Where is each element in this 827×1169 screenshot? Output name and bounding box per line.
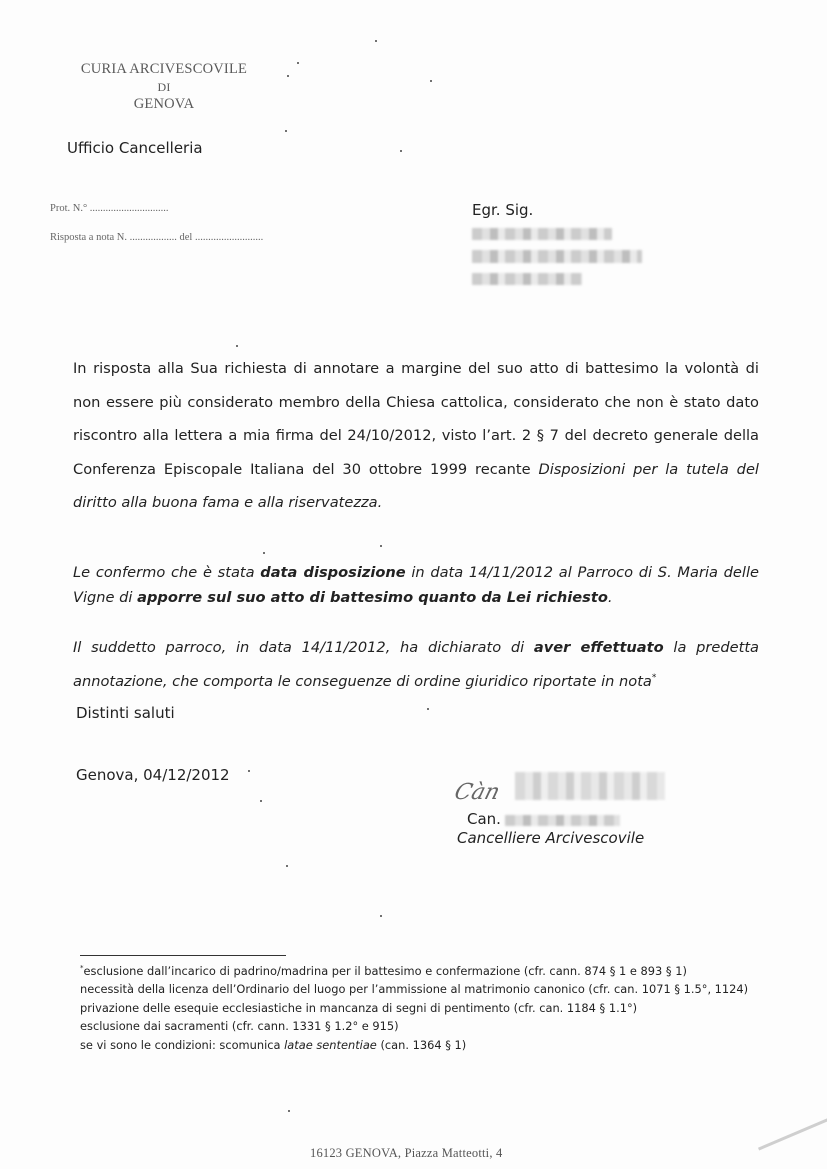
scan-speck [263, 552, 265, 554]
footnote-line: se vi sono le condizioni: scomunica lata… [80, 1036, 748, 1055]
scan-speck [286, 865, 288, 867]
scan-speck [427, 708, 429, 710]
paragraph-2-bold-a: data disposizione [260, 564, 405, 581]
scan-speck [375, 40, 377, 42]
scan-tear-artifact [758, 1113, 827, 1151]
scan-speck [430, 80, 432, 82]
signatory-role: Cancelliere Arcivescovile [457, 829, 644, 847]
paragraph-3-text-a: Il suddetto parroco, in data 14/11/2012,… [73, 639, 534, 656]
redacted-recipient-street [472, 250, 642, 263]
scan-speck [236, 345, 238, 347]
redacted-signature [515, 772, 665, 800]
letterhead: CURIA ARCIVESCOVILE DI GENOVA [60, 60, 268, 114]
scan-speck [248, 770, 250, 772]
paragraph-3-bold: aver effettuato [534, 639, 664, 656]
footnote-line: *esclusione dall’incarico di padrino/mad… [80, 959, 748, 980]
letterhead-line-1: CURIA ARCIVESCOVILE [60, 60, 268, 79]
footnote-line: esclusione dai sacramenti (cfr. cann. 13… [80, 1017, 748, 1036]
footnote-italic: latae sententiae [284, 1038, 377, 1052]
footer-address: 16123 GENOVA, Piazza Matteotti, 4 [310, 1146, 502, 1161]
paragraph-2-text-a: Le confermo che è stata [73, 564, 260, 581]
scan-speck [380, 545, 382, 547]
footnote-line: privazione delle esequie ecclesiastiche … [80, 999, 748, 1018]
redacted-signatory-name [505, 815, 620, 826]
scan-speck [400, 150, 402, 152]
scan-speck [287, 75, 289, 77]
footnote-line: necessità della licenza dell’Ordinario d… [80, 980, 748, 999]
redacted-recipient-city [472, 273, 582, 285]
paragraph-2-bold-b: apporre sul suo atto di battesimo quanto… [137, 589, 608, 606]
footnote-reference: * [652, 673, 657, 683]
scan-speck [285, 130, 287, 132]
footnotes: *esclusione dall’incarico di padrino/mad… [80, 959, 748, 1054]
paragraph-2-text-c: . [608, 589, 613, 606]
body-paragraph-3: Il suddetto parroco, in data 14/11/2012,… [73, 633, 759, 697]
body-paragraph-1: In risposta alla Sua richiesta di annota… [73, 352, 759, 520]
redacted-recipient-name [472, 228, 612, 240]
footnote-text: se vi sono le condizioni: scomunica [80, 1038, 284, 1052]
recipient-salutation: Egr. Sig. [472, 201, 533, 219]
closing-salutation: Distinti saluti [76, 704, 175, 722]
scan-speck [380, 915, 382, 917]
letterhead-line-2: DI [60, 79, 268, 95]
footnote-text: (can. 1364 § 1) [377, 1038, 466, 1052]
handwritten-signature: Càn [452, 780, 503, 805]
signatory-prefix: Can. [467, 810, 501, 828]
office-name: Ufficio Cancelleria [67, 139, 203, 157]
scan-speck [297, 62, 299, 64]
body-paragraph-2: Le confermo che è stata data disposizion… [73, 560, 759, 610]
protocol-number-field: Prot. N.° .............................. [50, 203, 169, 214]
place-and-date: Genova, 04/12/2012 [76, 766, 230, 784]
signatory-title: Can. [467, 810, 501, 828]
scan-speck [260, 800, 262, 802]
footnote-separator [80, 955, 286, 956]
scan-speck [288, 1110, 290, 1112]
footnote-text: esclusione dall’incarico di padrino/madr… [84, 964, 687, 978]
letterhead-line-3: GENOVA [60, 95, 268, 114]
reply-reference-field: Risposta a nota N. .................. de… [50, 232, 263, 243]
